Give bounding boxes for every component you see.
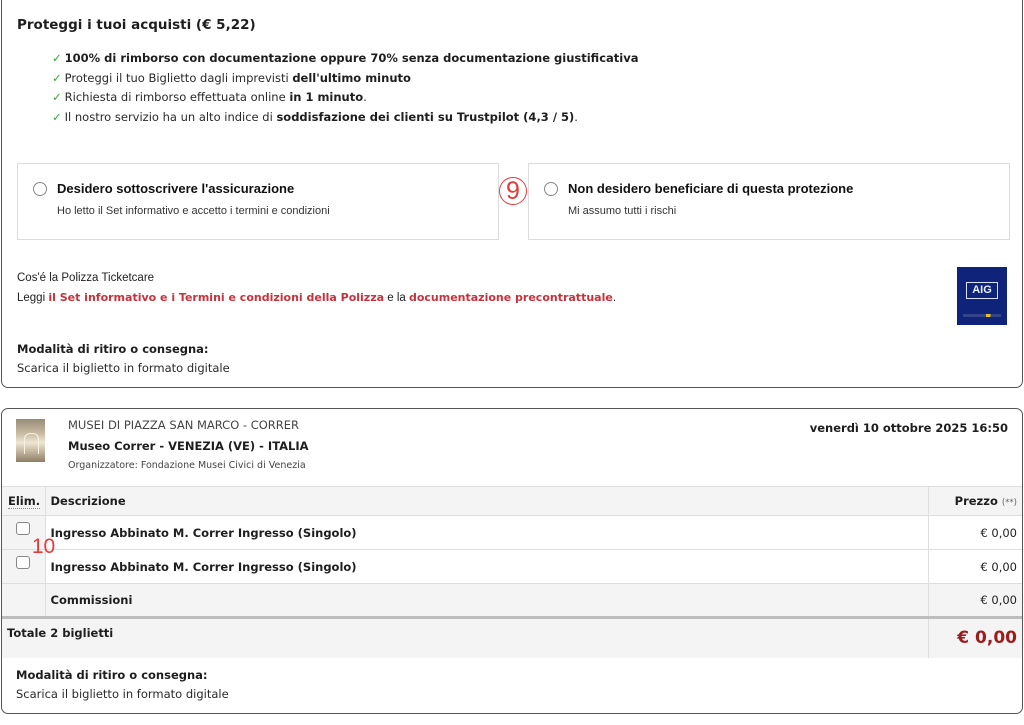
insurance-title: Proteggi i tuoi acquisti (€ 5,22) — [17, 17, 256, 33]
column-delete: Elim. — [2, 487, 45, 516]
aig-logo: AIG — [957, 267, 1007, 325]
event-organizer: Organizzatore: Fondazione Musei Civici d… — [68, 460, 306, 471]
aig-logo-text: AIG — [966, 282, 998, 299]
option-decline-insurance[interactable]: Non desidero beneficiare di questa prote… — [528, 163, 1010, 240]
check-icon: ✓ — [52, 71, 62, 85]
benefit-item: ✓Richiesta di rimborso effettuata online… — [52, 88, 638, 108]
event-venue: MUSEI DI PIAZZA SAN MARCO - CORRER — [68, 418, 299, 432]
item-price: € 0,00 — [928, 516, 1023, 550]
event-datetime: venerdì 10 ottobre 2025 16:50 — [810, 421, 1008, 435]
check-icon: ✓ — [52, 51, 62, 65]
delivery-heading: Modalità di ritiro o consegna: — [17, 342, 230, 356]
annotation-marker-10: 10 — [27, 532, 60, 562]
delivery-value: Scarica il biglietto in formato digitale — [16, 687, 229, 701]
benefit-item: ✓100% di rimborso con documentazione opp… — [52, 49, 638, 69]
check-icon: ✓ — [52, 110, 62, 124]
total-row: Totale 2 biglietti € 0,00 — [2, 618, 1023, 658]
cart-card: MUSEI DI PIAZZA SAN MARCO - CORRER Museo… — [1, 408, 1023, 714]
aig-logo-footer — [963, 314, 1001, 317]
table-row: Ingresso Abbinato M. Correr Ingresso (Si… — [2, 516, 1023, 550]
column-description: Descrizione — [45, 487, 928, 516]
delivery-heading: Modalità di ritiro o consegna: — [16, 668, 229, 682]
annotation-marker-9: 9 — [499, 177, 527, 205]
cart-table: Elim. Descrizione Prezzo (**) Ingresso A… — [2, 486, 1023, 658]
fees-label: Commissioni — [45, 584, 928, 618]
event-name: Museo Correr - VENEZIA (VE) - ITALIA — [68, 439, 309, 453]
check-icon: ✓ — [52, 90, 62, 104]
delete-checkbox[interactable] — [16, 556, 30, 569]
delivery-info: Modalità di ritiro o consegna: Scarica i… — [16, 668, 229, 701]
policy-label: Cos'é la Polizza Ticketcare — [17, 268, 616, 288]
option-subscribe-insurance[interactable]: Desidero sottoscrivere l'assicurazione H… — [17, 163, 499, 240]
table-header: Elim. Descrizione Prezzo (**) — [2, 487, 1023, 516]
column-price: Prezzo (**) — [928, 487, 1023, 516]
policy-terms-link[interactable]: il Set informativo e i Termini e condizi… — [48, 291, 384, 304]
insurance-benefits-list: ✓100% di rimborso con documentazione opp… — [52, 49, 638, 127]
benefit-item: ✓Proteggi il tuo Biglietto dagli imprevi… — [52, 69, 638, 89]
policy-info: Cos'é la Polizza Ticketcare Leggi il Set… — [17, 268, 616, 308]
delivery-value: Scarica il biglietto in formato digitale — [17, 361, 230, 375]
delivery-info: Modalità di ritiro o consegna: Scarica i… — [17, 342, 230, 375]
fees-price: € 0,00 — [928, 584, 1023, 618]
item-price: € 0,00 — [928, 550, 1023, 584]
option-title: Non desidero beneficiare di questa prote… — [568, 181, 853, 196]
option-title: Desidero sottoscrivere l'assicurazione — [57, 181, 294, 196]
radio-button[interactable] — [33, 182, 47, 196]
item-description: Ingresso Abbinato M. Correr Ingresso (Si… — [45, 516, 928, 550]
total-label: Totale 2 biglietti — [2, 618, 928, 658]
delete-checkbox[interactable] — [16, 522, 30, 535]
table-row: Ingresso Abbinato M. Correr Ingresso (Si… — [2, 550, 1023, 584]
policy-read-line: Leggi il Set informativo e i Termini e c… — [17, 288, 616, 308]
fees-row: Commissioni € 0,00 — [2, 584, 1023, 618]
total-price: € 0,00 — [928, 618, 1023, 658]
item-description: Ingresso Abbinato M. Correr Ingresso (Si… — [45, 550, 928, 584]
option-subtitle: Ho letto il Set informativo e accetto i … — [57, 205, 330, 217]
event-thumbnail — [16, 419, 45, 462]
benefit-item: ✓Il nostro servizio ha un alto indice di… — [52, 108, 638, 128]
precontract-docs-link[interactable]: documentazione precontrattuale — [409, 291, 613, 304]
option-subtitle: Mi assumo tutti i rischi — [568, 205, 676, 217]
radio-button[interactable] — [544, 182, 558, 196]
